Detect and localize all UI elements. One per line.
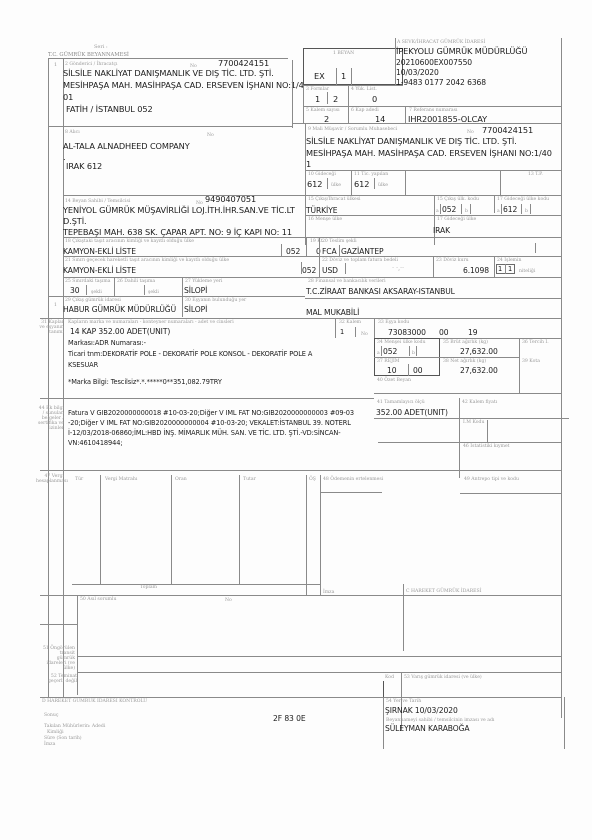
beyan-num: 1: [341, 71, 346, 81]
tax-header-type: Tür: [75, 477, 83, 482]
financial-rep-number: 7700424151: [482, 125, 533, 135]
boxC-label: C HAREKET GÜMRÜK İDARESİ: [406, 589, 481, 594]
exit-vehicle: KAMYON-EKLİ LİSTE: [63, 247, 136, 256]
trademark-info: *Marka Bilgi: Tescilsiz*.*.*****0**351,0…: [68, 378, 222, 386]
frame-right: [561, 38, 562, 718]
box1-label: 1 BEYAN: [333, 51, 354, 56]
exchange-rate: 6.1098: [463, 266, 489, 275]
registration-number: 20210600EX007550: [396, 58, 472, 67]
invoice-currency: USD: [322, 266, 338, 275]
registration-date: 10/03/2020: [396, 68, 439, 77]
boxD-label: D HAREKET GÜMRÜK İDARESİ KONTROLÜ: [42, 699, 147, 704]
item-number: 1: [340, 328, 344, 336]
forms-2: 2: [333, 94, 338, 104]
document-ref-1: Fatura V GIB2020000000018 #10-03-20;Diğe…: [68, 409, 354, 417]
load-lists: 0: [372, 94, 377, 104]
goods-location: SİLOPİ: [184, 305, 207, 314]
office-name: İPEKYOLU GÜMRÜK MÜDÜRLÜĞÜ: [396, 46, 527, 56]
border-vehicle: KAMYON-EKLİ LİSTE: [63, 266, 136, 275]
hs-sub-code-2: 19: [468, 328, 477, 337]
tax-header-payment: ÖŞ: [309, 477, 316, 482]
gross-weight: 27,632.00: [460, 347, 498, 356]
tax-header-rate: Oran: [175, 477, 187, 482]
sender-city: FATİH / İSTANBUL 052: [66, 104, 153, 114]
trading-country-code: 612: [354, 179, 369, 189]
destination-country: IRAK: [433, 226, 450, 235]
consignee-name: AL-TALA ALNADHEED COMPANY: [63, 141, 190, 151]
box52-label: 52 Teminat geçerli değil: [44, 674, 77, 684]
declarant-name: YENİYOL GÜMRÜK MÜŞAVİRLİĞİ LOJ.İTH.İHR.S…: [63, 205, 295, 215]
beyan-type: EX: [314, 71, 325, 81]
frame-left: [48, 58, 49, 698]
regime-code: 10: [387, 366, 396, 375]
packages-summary: 14 KAP 352.00 ADET(UNIT): [70, 327, 170, 336]
office-code: 1-9483 0177 2042 6368: [396, 78, 486, 87]
destination-code: 612: [503, 205, 517, 214]
loading-place: SİLOPİ: [184, 286, 207, 295]
declarant-number: 9490407051: [205, 194, 256, 204]
tax-total-label: Toplam: [140, 585, 157, 590]
net-weight: 27,632.00: [460, 366, 498, 375]
sender-address: MESİHPAŞA MAH. MASİHPAŞA CAD. ERSEVEN İŞ…: [63, 80, 304, 90]
border-vehicle-country: 052: [302, 266, 316, 275]
supplementary-unit: 352.00 ADET(UNIT): [376, 408, 448, 417]
box31-side-label: 31 Kaplar ve eşyanın tanımı: [36, 320, 64, 335]
document-ref-2: -20;Diğer V IML FAT NO:GIB2020000000004 …: [68, 419, 351, 427]
signatory-name: SÜLEYMAN KARABOĞA: [385, 724, 470, 733]
exit-vehicle-country: 052: [286, 247, 300, 256]
declarant-address: TEPEBAŞI MAH. 638 SK. ÇAPAR APT. NO: 9 İ…: [63, 227, 292, 237]
tax-header-amount: Tutar: [243, 477, 256, 482]
seri-label: Seri :: [94, 44, 108, 50]
delivery-place: GAZİANTEP: [341, 247, 384, 256]
box47-side-label: 47 Vergi hesaplanması: [36, 474, 64, 484]
forms-1: 1: [315, 94, 320, 104]
box44-side-label: 44 Ek bilgi / sunulan belgeler / sertifi…: [36, 406, 64, 431]
place-date: ŞIRNAK 10/03/2020: [385, 706, 458, 715]
brand-info: Markası:ADR Numarası:-: [68, 339, 146, 347]
exit-customs-office: HABUR GÜMRÜK MÜDÜRLÜĞÜ: [63, 305, 176, 314]
payment-method: MAL MUKABİLİ: [306, 308, 359, 317]
sender-name: SİLSİLE NAKLİYAT DANIŞMANLIK VE DIŞ TİC.…: [63, 68, 274, 78]
export-country: TÜRKİYE: [306, 206, 337, 215]
transaction-nature-2: 1: [508, 265, 512, 273]
consignee-country: IRAK 612: [66, 161, 102, 171]
delivery-term: FCA: [322, 247, 337, 256]
document-ref-3: İ-12/03/2018-06860;İML:HBD İNŞ. MİMARLIK…: [68, 429, 341, 437]
box51-label: 51 Öngörülen transit gümrük idareleri (v…: [40, 646, 75, 671]
hs-sub-code-1: 00: [439, 328, 448, 337]
sender-number: 7700424151: [218, 58, 269, 68]
hs-code: 73083000: [388, 328, 426, 337]
export-country-code: 052: [442, 205, 456, 214]
bank-info: T.C.ZİRAAT BANKASI AKSARAY-ISTANBUL: [306, 287, 455, 296]
border-transport-mode: 30: [70, 286, 79, 295]
regime-sub-code: 00: [413, 366, 422, 375]
transaction-nature-1: 1: [498, 265, 502, 273]
financial-rep-name: SİLSİLE NAKLİYAT DANIŞMANLIK VE DIŞ TİC.…: [306, 136, 517, 146]
boxA-label: A SEVK/İHRACAT GÜMRÜK İDARESİ: [397, 40, 485, 45]
origin-country-code: 052: [383, 347, 397, 356]
customs-declaration-page: Seri : T.C. GÜMRÜK BEYANNAMESİ 1 2 Gönde…: [0, 0, 592, 840]
footer-code: 2F 83 0E: [273, 714, 306, 723]
box2-label: 2 Gönderici / İhracatçı: [65, 62, 118, 67]
destination-country-code: 612: [307, 179, 322, 189]
invoice-total: · ·,··: [392, 264, 404, 272]
financial-rep-address: MESİHPAŞA MAH. MASİHPAŞA CAD. ERSEVEN İŞ…: [306, 148, 552, 158]
tax-header-base: Vergi Matrahı: [105, 477, 137, 482]
commercial-description: Ticari tnm:DEKORATİF POLE - DEKORATİF PO…: [68, 350, 312, 358]
document-ref-4: VN:4610418944;: [68, 439, 122, 447]
